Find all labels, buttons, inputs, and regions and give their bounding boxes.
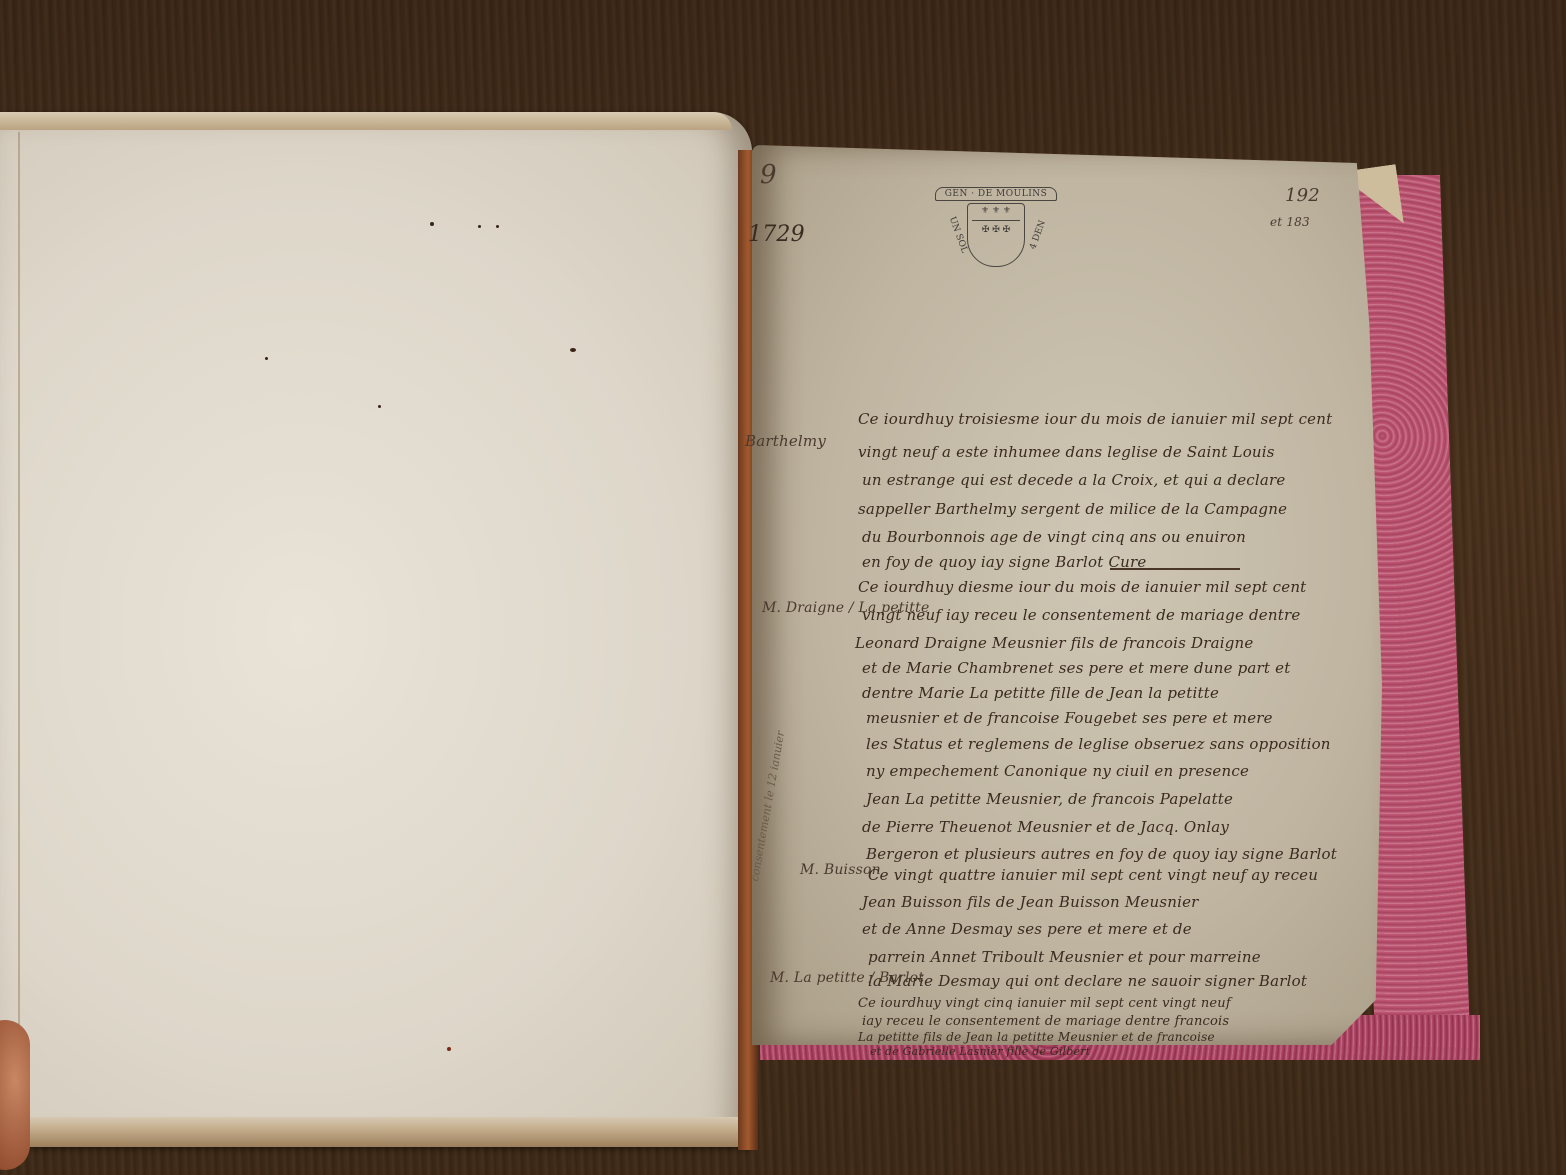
ink-speck [430,222,434,226]
stamp-crosses: ✠ ✠ ✠ [968,223,1024,237]
entry-line: La petitte fils de Jean la petitte Meusn… [858,1030,1215,1044]
entry-line: Ce iourdhuy vingt cinq ianuier mil sept … [858,996,1231,1011]
fleur-de-lis-shield-icon: ⚜ ⚜ ⚜ ✠ ✠ ✠ [967,203,1025,267]
entry-line: Ce iourdhuy diesme iour du mois de ianui… [858,578,1306,596]
ink-speck [447,1047,451,1051]
entry-line: iay receu le consentement de mariage den… [862,1014,1229,1029]
entry-line: Bergeron et plusieurs autres en foy de q… [866,845,1337,863]
page-fold-line [18,132,20,1117]
entry-line: en foy de quoy iay signe Barlot Cure [862,553,1146,571]
ink-speck [265,357,268,360]
entry-line: vingt neuf a este inhumee dans leglise d… [858,443,1275,461]
entry-line: la Marie Desmay qui ont declare ne sauoi… [868,972,1307,990]
entry-line: Jean La petitte Meusnier, de francois Pa… [866,790,1233,808]
entry-line: et de Gabrielle Lasnier fille de Gilbert [870,1045,1090,1058]
entry-line: meusnier et de francoise Fougebet ses pe… [866,709,1273,727]
entry-margin-name: Barthelmy [745,432,826,450]
entry-line: de Pierre Theuenot Meusnier et de Jacq. … [862,818,1229,836]
ink-speck [378,405,381,408]
stamp-banner: GEN · DE MOULINS [935,187,1057,201]
corner-mark: 9 [760,160,777,190]
page-bottom-edge [0,1117,742,1147]
entry-line: du Bourbonnois age de vingt cinq ans ou … [862,528,1246,546]
folio-secondary: et 183 [1270,215,1310,229]
left-page-blank [0,112,752,1147]
ink-speck [496,225,499,228]
stamp-value-right: 4 DEN [1028,219,1048,251]
signature-flourish [1110,568,1240,570]
register-year: 1729 [748,222,805,247]
stamp-fleurs: ⚜ ⚜ ⚜ [968,204,1024,218]
entry-line: Jean Buisson fils de Jean Buisson Meusni… [862,893,1199,911]
tax-stamp: GEN · DE MOULINS ⚜ ⚜ ⚜ ✠ ✠ ✠ UN SOL 4 DE… [925,185,1065,293]
entry-line: Leonard Draigne Meusnier fils de francoi… [855,634,1253,652]
entry-line: Ce iourdhuy troisiesme iour du mois de i… [858,410,1332,428]
entry-line: vingt neuf iay receu le consentement de … [862,606,1300,624]
stamp-value-left: UN SOL [947,216,969,255]
entry-line: et de Marie Chambrenet ses pere et mere … [862,659,1290,677]
entry-line: sappeller Barthelmy sergent de milice de… [858,500,1287,518]
ink-speck [570,348,576,352]
entry-line: et de Marguerite prolier ... [870,1058,1026,1071]
entry-line: parrein Annet Triboult Meusnier et pour … [868,948,1261,966]
ink-speck [478,225,481,228]
entry-line: et de Anne Desmay ses pere et mere et de [862,920,1192,938]
thumb [0,1020,30,1170]
page-top-edge [0,112,732,130]
entry-line: un estrange qui est decede a la Croix, e… [862,471,1286,489]
entry-line: dentre Marie La petitte fille de Jean la… [862,684,1219,702]
entry-line: ny empechement Canonique ny ciuil en pre… [866,762,1249,780]
folio-number: 192 [1285,185,1320,206]
entry-line: Ce vingt quattre ianuier mil sept cent v… [868,866,1318,884]
entry-line: les Status et reglemens de leglise obser… [866,735,1331,753]
entry-margin-name: M. La petitte / Barlot [770,970,924,986]
